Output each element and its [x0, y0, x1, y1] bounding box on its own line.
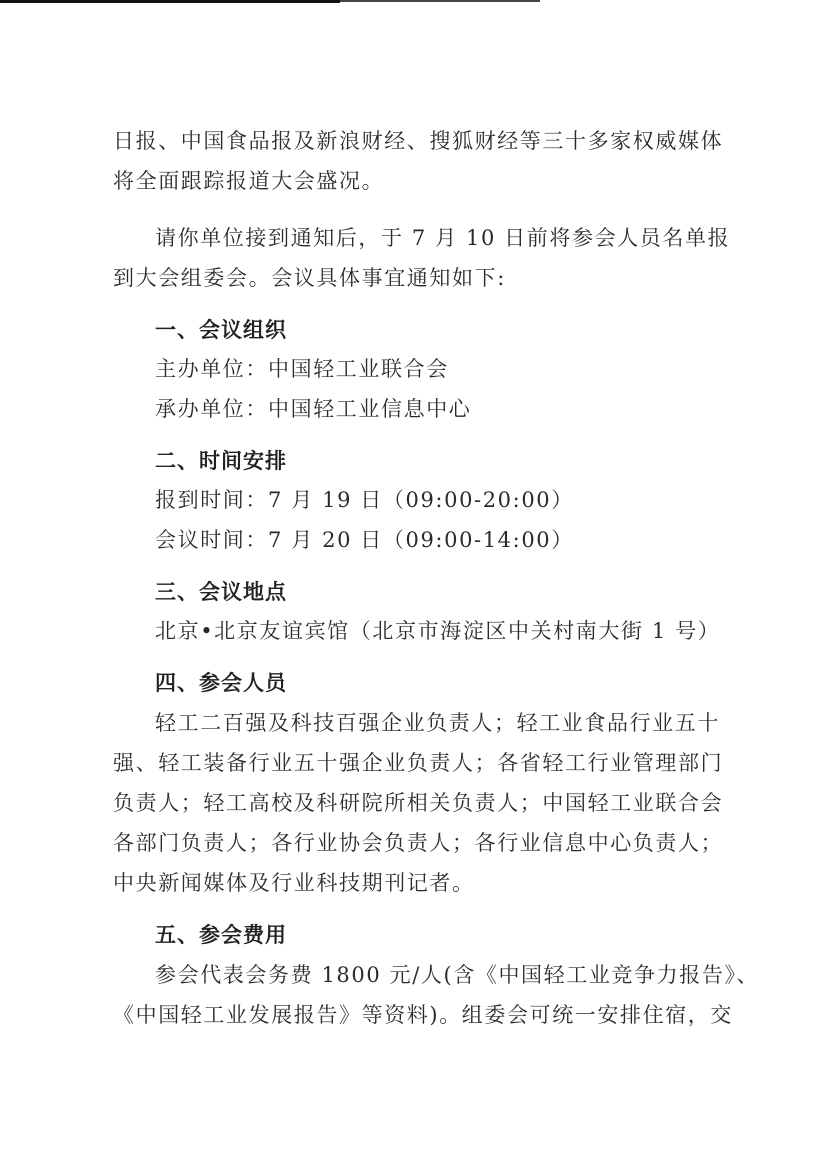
- section-heading: 一、会议组织: [155, 315, 287, 345]
- body-text-line: 到大会组委会。会议具体事宜通知如下:: [113, 263, 506, 293]
- body-text-line: 会议时间：7 月 20 日（09:00-14:00）: [155, 525, 574, 555]
- scan-edge-top: [0, 0, 340, 3]
- section-heading: 三、会议地点: [155, 577, 287, 607]
- body-text-line: 北京•北京友谊宾馆（北京市海淀区中关村南大街 1 号）: [155, 616, 720, 646]
- body-text-line: 中央新闻媒体及行业科技期刊记者。: [113, 868, 475, 898]
- body-text-line: 将全面跟踪报道大会盛况。: [113, 166, 384, 196]
- body-text-line: 主办单位：中国轻工业联合会: [155, 354, 449, 384]
- scan-edge-top-2: [340, 0, 540, 2]
- body-text-line: 参会代表会务费 1800 元/人(含《中国轻工业竞争力报告》、: [155, 960, 759, 990]
- section-heading: 四、参会人员: [155, 668, 287, 698]
- body-text-line: 日报、中国食品报及新浪财经、搜狐财经等三十多家权威媒体: [113, 126, 723, 156]
- section-heading: 五、参会费用: [155, 920, 287, 950]
- body-text-line: 报到时间：7 月 19 日（09:00-20:00）: [155, 485, 574, 515]
- body-text-line: 轻工二百强及科技百强企业负责人；轻工业食品行业五十: [155, 708, 720, 738]
- body-text-line: 《中国轻工业发展报告》等资料)。组委会可统一安排住宿，交: [113, 1000, 733, 1030]
- body-text-line: 强、轻工装备行业五十强企业负责人；各省轻工行业管理部门: [113, 748, 723, 778]
- body-text-line: 负责人；轻工高校及科研院所相关负责人；中国轻工业联合会: [113, 788, 723, 818]
- section-heading: 二、时间安排: [155, 446, 287, 476]
- body-text-line: 承办单位：中国轻工业信息中心: [155, 394, 471, 424]
- body-text-line: 各部门负责人；各行业协会负责人；各行业信息中心负责人；: [113, 828, 723, 858]
- body-text-line: 请你单位接到通知后，于 7 月 10 日前将参会人员名单报: [155, 223, 730, 253]
